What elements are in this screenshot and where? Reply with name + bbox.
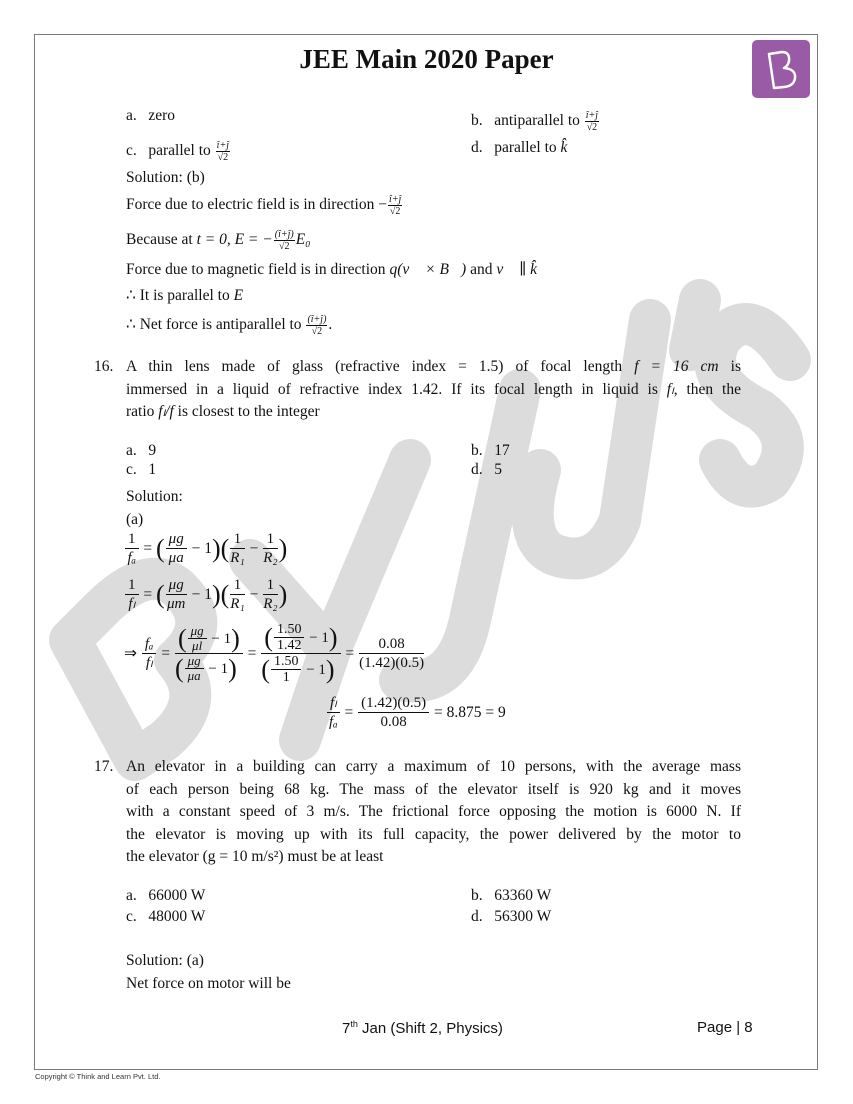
q15-option-b: b. antiparallel to î+ĵ√2 — [471, 110, 600, 133]
q16-equation-3: ⇒ fₐfₗ = (μgμl − 1) (μgμa − 1) = (1.501.… — [124, 622, 425, 685]
q17-option-d: d. 56300 W — [471, 907, 551, 927]
q17-question: An elevator in a building can carry a ma… — [126, 756, 741, 869]
q15-solution-line-2: Because at t = 0, E = −(î+ĵ)√2E₀ — [126, 229, 311, 252]
q16-equation-1: 1fₐ = ( μgμa − 1)( 1R₁ − 1R₂) — [124, 530, 287, 567]
q16-question: A thin lens made of glass (refractive in… — [126, 356, 741, 424]
q16-number: 16. — [94, 358, 113, 376]
byjus-logo-icon — [752, 40, 810, 98]
q15-option-c: c. parallel to î+ĵ√2 — [126, 140, 231, 163]
footer-exam-info: 7th Jan (Shift 2, Physics) — [342, 1019, 503, 1037]
q15-option-d: d. parallel to k̂ — [471, 138, 567, 158]
q17-option-b: b. 63360 W — [471, 886, 551, 906]
q16-option-a: a. 9 — [126, 441, 156, 461]
q16-option-b: b. 17 — [471, 441, 510, 461]
q15-solution-line-3: Force due to magnetic field is in direct… — [126, 260, 537, 280]
q16-answer: (a) — [126, 510, 143, 530]
q16-solution-label: Solution: — [126, 487, 183, 507]
q16-option-d: d. 5 — [471, 460, 502, 480]
q16-equation-2: 1fₗ = ( μgμm − 1)( 1R₁ − 1R₂) — [124, 576, 287, 613]
q15-option-a: a. zero — [126, 106, 175, 126]
q16-equation-4: fₗfₐ = (1.42)(0.5)0.08 = 8.875 = 9 — [326, 694, 506, 731]
q15-solution-line-4: ∴ It is parallel to E⃗ — [126, 286, 255, 306]
q15-solution-line-5: ∴ Net force is antiparallel to (î+ĵ)√2. — [126, 314, 332, 337]
q17-number: 17. — [94, 758, 113, 776]
q17-option-a: a. 66000 W — [126, 886, 205, 906]
q17-solution-label: Solution: (a) — [126, 951, 204, 971]
q16-option-c: c. 1 — [126, 460, 156, 480]
q17-solution-line: Net force on motor will be — [126, 974, 291, 994]
copyright-notice: Copyright © Think and Learn Pvt. Ltd. — [35, 1072, 160, 1081]
q15-solution-label: Solution: (b) — [126, 168, 205, 188]
q17-option-c: c. 48000 W — [126, 907, 205, 927]
q15-solution-line-1: Force due to electric field is in direct… — [126, 194, 403, 217]
page-title: JEE Main 2020 Paper — [0, 44, 853, 75]
footer-page-number: Page | 8 — [697, 1019, 753, 1036]
